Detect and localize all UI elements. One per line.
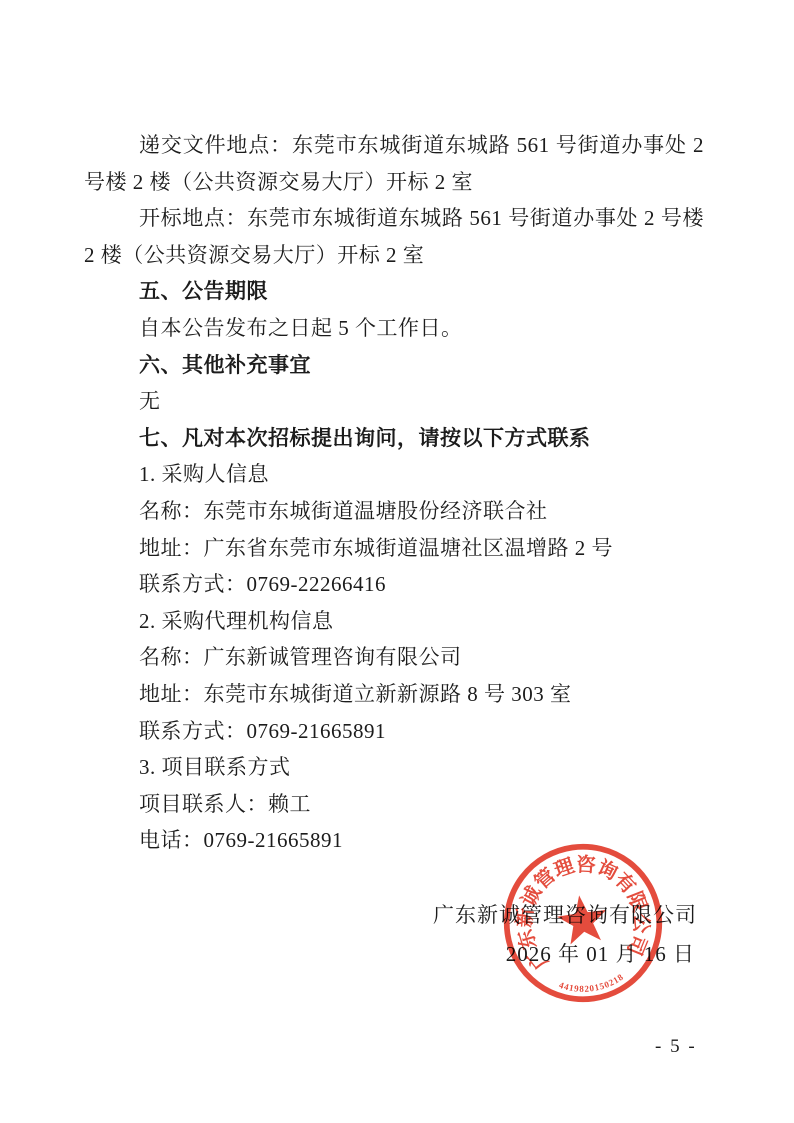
paragraph-none: 无: [84, 383, 704, 420]
signature-date: 2026 年 01 月 16 日: [433, 935, 697, 974]
item-agency-info: 2. 采购代理机构信息: [84, 603, 704, 640]
signature-block: 广东新诚管理咨询有限公司 2026 年 01 月 16 日: [433, 896, 697, 974]
signature-company: 广东新诚管理咨询有限公司: [433, 896, 697, 935]
page-number: - 5 -: [655, 1036, 697, 1058]
item-purchaser-info: 1. 采购人信息: [84, 456, 704, 493]
svg-text:4419820150218: 4419820150218: [557, 971, 627, 998]
paragraph-opening-location: 开标地点：东莞市东城街道东城路 561 号街道办事处 2 号楼 2 楼（公共资源…: [84, 200, 704, 273]
heading-section-5: 五、公告期限: [84, 273, 704, 310]
document-page: 递交文件地点：东莞市东城街道东城路 561 号街道办事处 2 号楼 2 楼（公共…: [0, 0, 794, 1123]
agency-address: 地址：东莞市东城街道立新新源路 8 号 303 室: [84, 676, 704, 713]
paragraph-submit-location: 递交文件地点：东莞市东城街道东城路 561 号街道办事处 2 号楼 2 楼（公共…: [84, 127, 704, 200]
purchaser-name: 名称：东莞市东城街道温塘股份经济联合社: [84, 493, 704, 530]
seal-serial-number: 4419820150218: [557, 971, 627, 998]
agency-name: 名称：广东新诚管理咨询有限公司: [84, 639, 704, 676]
heading-section-7: 七、凡对本次招标提出询问，请按以下方式联系: [84, 420, 704, 457]
body-text: 递交文件地点：东莞市东城街道东城路 561 号街道办事处 2 号楼 2 楼（公共…: [84, 127, 704, 859]
purchaser-address: 地址：广东省东莞市东城街道温塘社区温增路 2 号: [84, 530, 704, 567]
project-contact-phone: 电话：0769-21665891: [84, 822, 704, 859]
project-contact-person: 项目联系人：赖工: [84, 786, 704, 823]
heading-section-6: 六、其他补充事宜: [84, 347, 704, 384]
agency-contact: 联系方式：0769-21665891: [84, 713, 704, 750]
paragraph-announcement-period: 自本公告发布之日起 5 个工作日。: [84, 310, 704, 347]
item-project-contact: 3. 项目联系方式: [84, 749, 704, 786]
purchaser-contact: 联系方式：0769-22266416: [84, 566, 704, 603]
